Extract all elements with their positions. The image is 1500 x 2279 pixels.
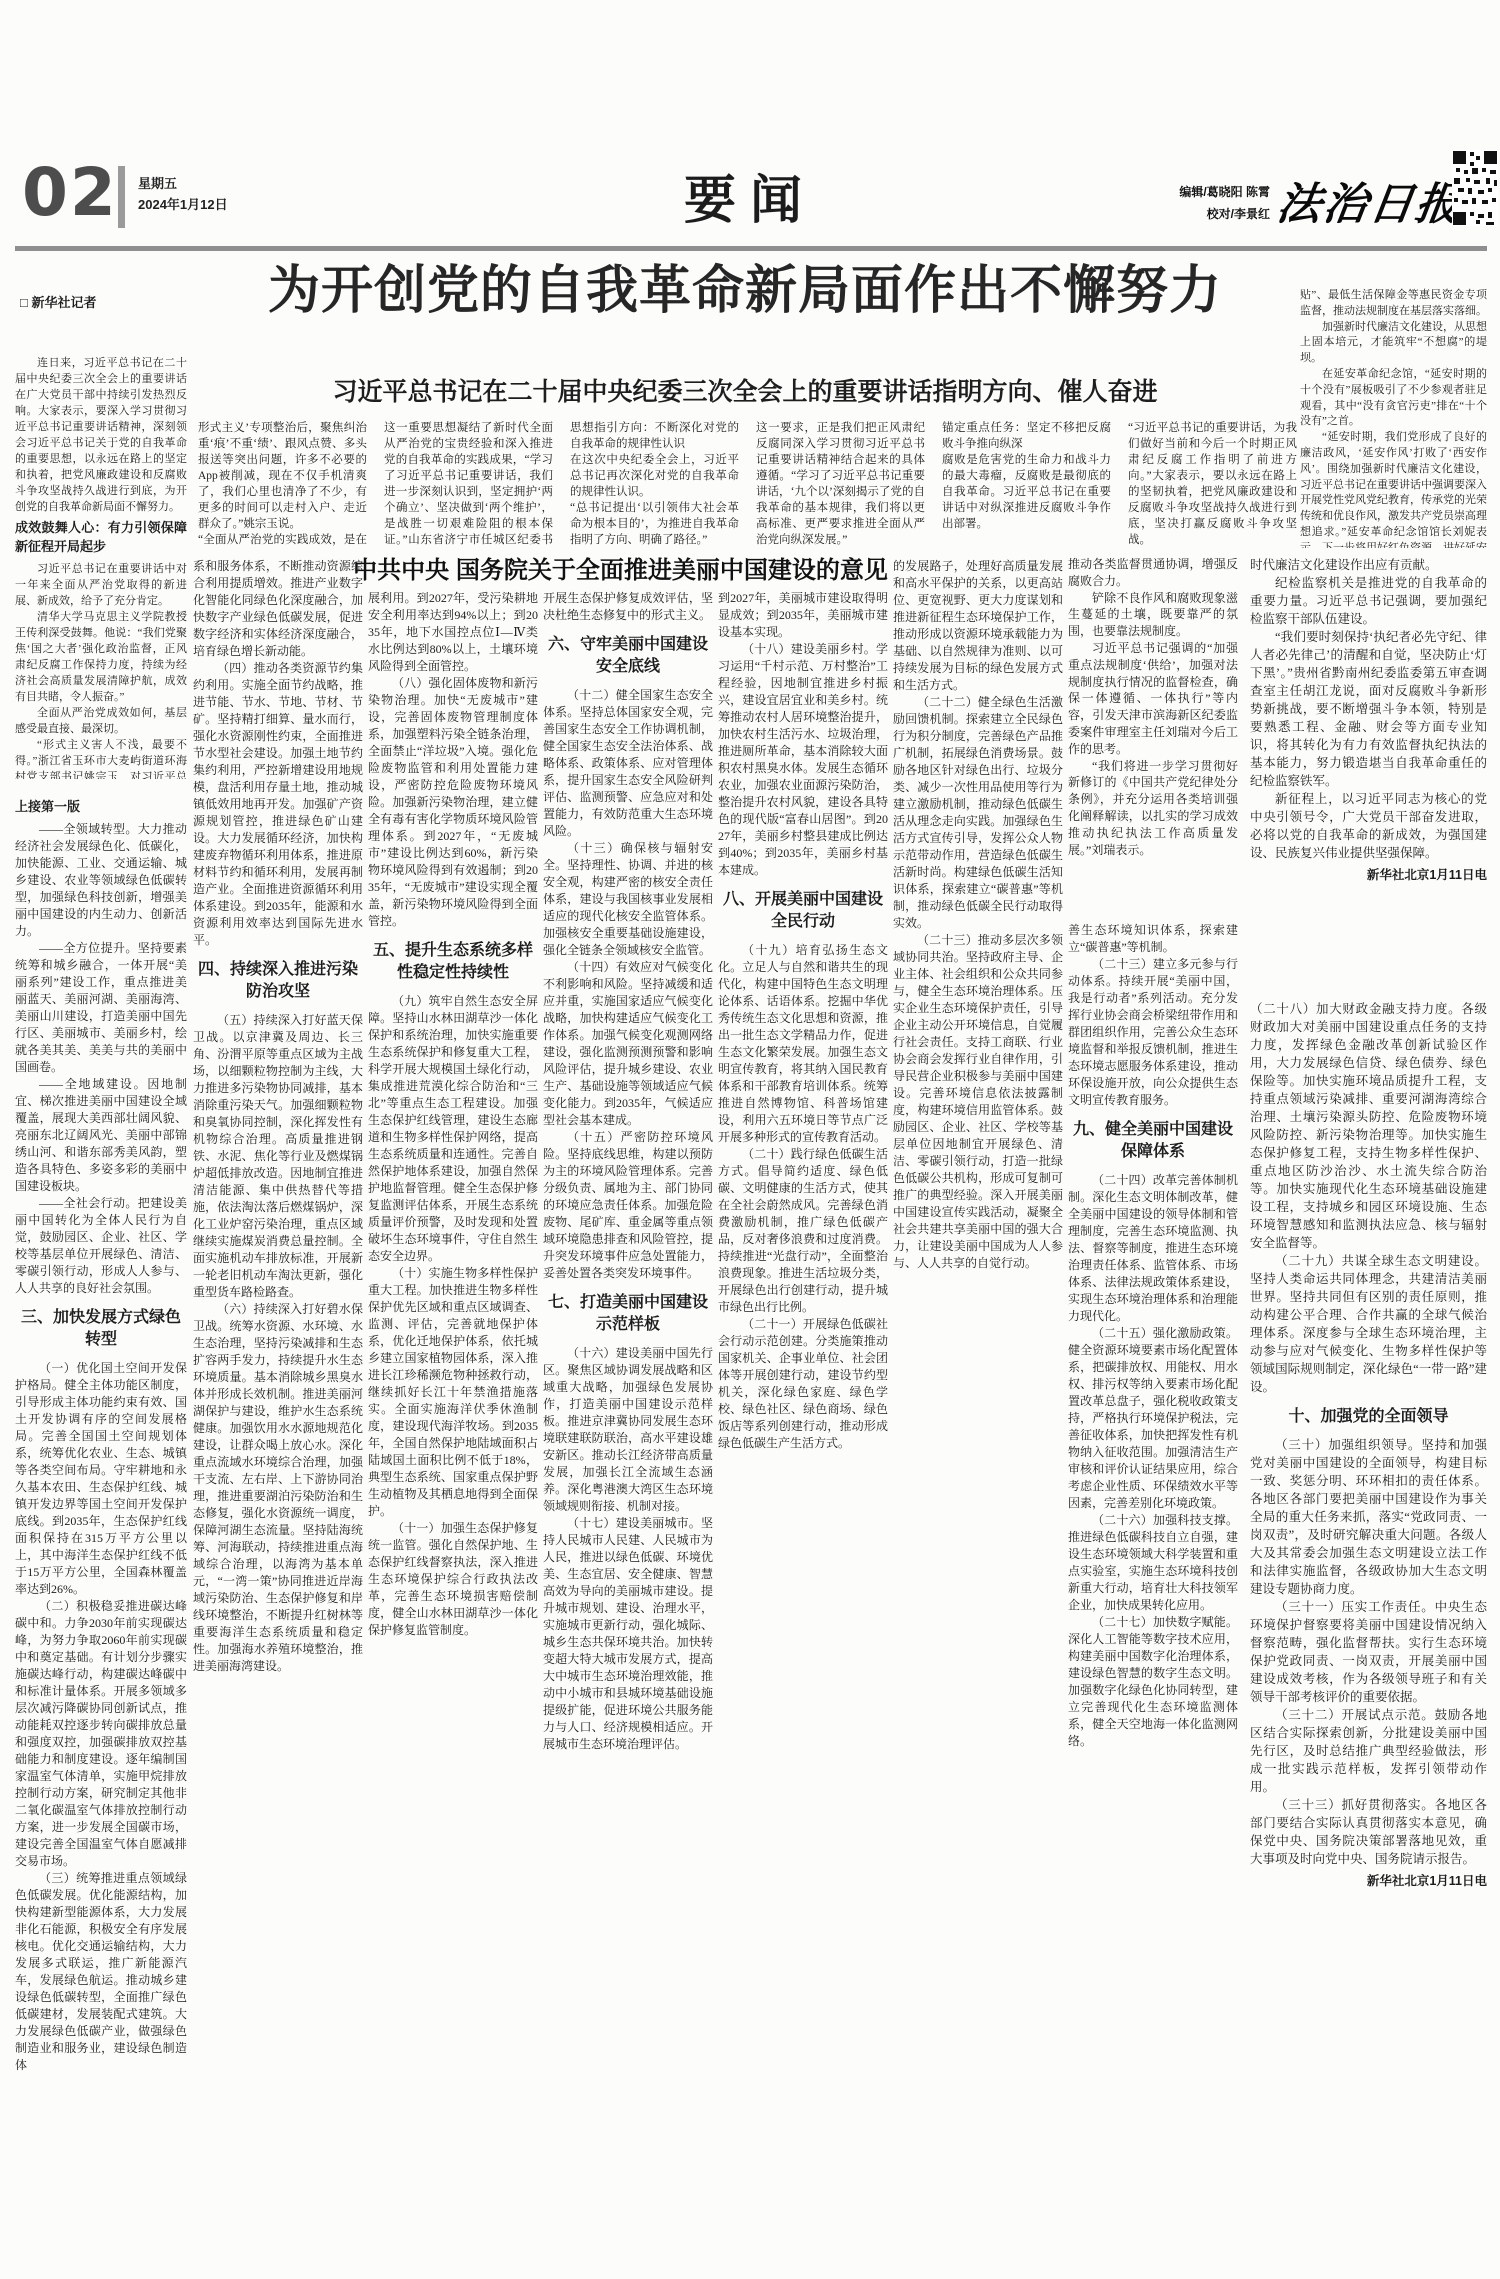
paragraph: 善生态环境知识体系，探索建立“碳普惠”等机制。	[1068, 922, 1238, 956]
paragraph: （四）推动各类资源节约集约利用。实施全面节约战略，推进节能、节水、节地、节材、节…	[193, 660, 363, 949]
paragraph: 纪检监察机关是推进党的自我革命的重要力量。习近平总书记强调，要加强纪检监察干部队…	[1250, 574, 1487, 628]
editors-block: 编辑/葛晓阳 陈霄 校对/李景红	[1120, 182, 1270, 225]
paragraph: 加强新时代廉洁文化建设，从思想上固本培元，才能筑牢“不想腐”的堤坝。	[1300, 320, 1487, 367]
paragraph: 新华社北京1月11日电	[1250, 1872, 1487, 1890]
paragraph: （十四）有效应对气候变化不利影响和风险。坚持减缓和适应并重，实施国家适应气候变化…	[543, 959, 713, 1129]
paragraph: （二十八）加大财政金融支持力度。各级财政加大对美丽中国建设重点任务的支持力度，发…	[1250, 1000, 1487, 1252]
masthead-logo: 法治日报	[1274, 168, 1458, 232]
newspaper-page: 02 星期五 2024年1月12日 要闻 编辑/葛晓阳 陈霄 校对/李景红 法治…	[0, 0, 1500, 2279]
paragraph: ——全方位提升。坚持要素统筹和城乡融合，一体开展“美丽系列”建设工作，重点推进美…	[15, 940, 187, 1076]
paragraph: 的发展路子，处理好高质量发展和高水平保护的关系，以更高站位、更宽视野、更大力度谋…	[893, 558, 1063, 694]
paragraph: 连日来，习近平总书记在二十届中央纪委三次全会上的重要讲话在广大党员干部中持续引发…	[15, 355, 187, 515]
paragraph: （八）强化固体废物和新污染物治理。加快“无废城市”建设，完善固体废物管理制度体系…	[368, 675, 538, 930]
paragraph: “我们要时刻保持‘执纪者必先守纪、律人者必先律己’的清醒和自觉，坚决防止‘灯下黑…	[1250, 628, 1487, 790]
paragraph: （十九）培育弘扬生态文化。立足人与自然和谐共生的现代化，构建中国特色生态文明理论…	[718, 942, 888, 1146]
article1-column-right-continuation-1: 推动各类监督贯通协调，增强反腐败合力。铲除不良作风和腐败现象滋生蔓延的土壤，既要…	[1068, 556, 1238, 912]
article1-mid-col-4: 这一要求，正是我们把正风肃纪反腐同深入学习贯彻习近平总书记重要讲话精神结合起来的…	[756, 420, 925, 548]
paragraph: 系和服务体系，不断推动资源综合利用提质增效。推进产业数字化智能化同绿色化深度融合…	[193, 558, 363, 660]
paragraph: （十五）严密防控环境风险。坚持底线思维，构建以预防为主的环境风险管理体系。完善分…	[543, 1129, 713, 1282]
date: 2024年1月12日	[138, 195, 228, 216]
paragraph: （十七）建设美丽城市。坚持人民城市人民建、人民城市为人民，推进以绿色低碳、环境优…	[543, 1515, 713, 1753]
paragraph: （二十六）加强科技支撑。推进绿色低碳科技自立自强，建设生态环境领域大科学装置和重…	[1068, 1512, 1238, 1614]
paragraph: （二十）践行绿色低碳生活方式。倡导简约适度、绿色低碳、文明健康的生活方式，使其在…	[718, 1146, 888, 1316]
byline: □ 新华社记者	[20, 292, 96, 311]
paragraph: 全面从严治党成效如何，基层感受最直接、最深切。	[15, 705, 187, 737]
paragraph: （三）统筹推进重点领域绿色低碳发展。优化能源结构，加快构建新型能源体系，大力发展…	[15, 1870, 187, 2074]
section-heading: 锚定重点任务：坚定不移把反腐败斗争推向纵深	[942, 420, 1111, 452]
paragraph: 推动各类监督贯通协调，增强反腐败合力。	[1068, 556, 1238, 590]
paragraph: （二十三）推动多层次多领域协同共治。坚持政府主导、企业主体、社会组织和公众共同参…	[893, 932, 1063, 1272]
paragraph: 在这次中央纪委全会上，习近平总书记再次深化对党的自我革命的规律性认识。	[570, 452, 739, 500]
paragraph: 新华社北京1月11日电	[1250, 866, 1487, 884]
paragraph: 这一要求，正是我们把正风肃纪反腐同深入学习贯彻习近平总书记重要讲话精神结合起来的…	[756, 420, 925, 548]
paragraph: （二十二）健全绿色生活激励回馈机制。探索建立全民绿色行为积分制度，完善绿色产品推…	[893, 694, 1063, 932]
paragraph: 贴”、最低生活保障金等惠民资金专项监督，推动法规制度在基层落实落细。	[1300, 288, 1487, 320]
paragraph: （五）持续深入打好蓝天保卫战。以京津冀及周边、长三角、汾渭平原等重点区域为主战场…	[193, 1012, 363, 1301]
paragraph: 习近平总书记强调的“加强重点法规制度‘供给’，加强对法规制度执行情况的监督检查，…	[1068, 640, 1238, 758]
paragraph: 腐败是危害党的生命力和战斗力的最大毒瘤，反腐败是最彻底的自我革命。习近平总书记在…	[942, 452, 1111, 532]
paragraph: “全面从严治党的实践成效，是在习近平总书记关于党的自我革命的重要思想指引下取得的…	[198, 532, 367, 548]
article2-column-5: 到2027年，美丽城市建设取得明显成效；到2035年，美丽城市建设基本实现。（十…	[718, 590, 888, 2258]
paragraph: 开展生态保护修复成效评估，坚决杜绝生态修复中的形式主义。	[543, 590, 713, 624]
paragraph: （二）积极稳妥推进碳达峰碳中和。力争2030年前实现碳达峰，为努力争取2060年…	[15, 1598, 187, 1870]
page-number-divider	[118, 166, 125, 228]
paragraph: （十二）健全国家生态安全体系。坚持总体国家安全观，完善国家生态安全工作协调机制，…	[543, 687, 713, 840]
paragraph: 到2027年，美丽城市建设取得明显成效；到2035年，美丽城市建设基本实现。	[718, 590, 888, 641]
paragraph: 在延安革命纪念馆，“延安时期的十个没有”展板吸引了不少参观者驻足观看，其中“没有…	[1300, 367, 1487, 430]
paragraph: 铲除不良作风和腐败现象滋生蔓延的土壤，既要靠严的氛围，也要靠法规制度。	[1068, 590, 1238, 640]
paragraph: “我们将进一步学习贯彻好新修订的《中国共产党纪律处分条例》，并充分运用各类培训强…	[1068, 758, 1238, 859]
page-number: 02	[22, 160, 118, 226]
paragraph: ——全地域建设。因地制宜、梯次推进美丽中国建设全域覆盖，展现大美西部壮阔风貌、亮…	[15, 1076, 187, 1195]
section-heading: 思想指引方向：不断深化对党的自我革命的规律性认识	[570, 420, 739, 452]
paragraph: （二十九）共谋全球生态文明建设。坚持人类命运共同体理念，共建清洁美丽世界。坚持共…	[1250, 1252, 1487, 1396]
paragraph: （九）筑牢自然生态安全屏障。坚持山水林田湖草沙一体化保护和系统治理，加快实施重要…	[368, 993, 538, 1265]
article2-column-3: 展利用。到2027年，受污染耕地安全利用率达到94%以上；到2035年，地下水国…	[368, 590, 538, 2258]
paragraph: （十六）建设美丽中国先行区。聚焦区域协调发展战略和区域重大战略，加强绿色发展协作…	[543, 1345, 713, 1515]
paragraph: （二十三）建立多元参与行动体系。持续开展“美丽中国，我是行动者”系列活动。充分发…	[1068, 956, 1238, 1109]
qr-code-icon	[1452, 150, 1498, 226]
header-rule	[15, 246, 1487, 251]
paragraph: （三十一）压实工作责任。中央生态环境保护督察要将美丽中国建设情况纳入督察范畴，强…	[1250, 1598, 1487, 1706]
paragraph: （三十三）抓好贯彻落实。各地区各部门要结合实际认真贯彻落实本意见，确保党中央、国…	[1250, 1796, 1487, 1868]
section-heading: 十、加强党的全面领导	[1250, 1406, 1487, 1428]
article2-column-7: 善生态环境知识体系，探索建立“碳普惠”等机制。（二十三）建立多元参与行动体系。持…	[1068, 922, 1238, 2258]
article1-mid-col-6: “习近平总书记的重要讲话，为我们做好当前和今后一个时期正风肃纪反腐工作指明了前进…	[1128, 420, 1297, 548]
paragraph: （一）优化国土空间开发保护格局。健全主体功能区制度，引导形成主体功能约束有效、国…	[15, 1360, 187, 1598]
article1-headline: 为开创党的自我革命新局面作出不懈努力	[225, 262, 1265, 322]
paragraph: 上接第一版	[15, 798, 187, 815]
paragraph: （十一）加强生态保护修复统一监管。强化自然保护地、生态保护红线督察执法，深入推进…	[368, 1520, 538, 1639]
article1-mid-col-3: 思想指引方向：不断深化对党的自我革命的规律性认识在这次中央纪委全会上，习近平总书…	[570, 420, 739, 548]
paragraph: “总书记提出‘以引领伟大社会革命为根本目的’，为推进自我革命指明了方向、明确了路…	[570, 500, 739, 548]
paragraph: （十八）建设美丽乡村。学习运用“千村示范、万村整治”工程经验，因地制宜推进乡村振…	[718, 641, 888, 879]
article2-column-2: 系和服务体系，不断推动资源综合利用提质增效。推进产业数字化智能化同绿色化深度融合…	[193, 558, 363, 2258]
paragraph: 习近平总书记在重要讲话中对一年来全面从严治党取得的新进展、新成效，给予了充分肯定…	[15, 561, 187, 609]
article1-mid-col-5: 锚定重点任务：坚定不移把反腐败斗争推向纵深腐败是危害党的生命力和战斗力的最大毒瘤…	[942, 420, 1111, 548]
section-heading: 六、守牢美丽中国建设安全底线	[543, 634, 713, 679]
article2-column-8: （二十八）加大财政金融支持力度。各级财政加大对美丽中国建设重点任务的支持力度，发…	[1250, 1000, 1487, 2258]
section-heading: 七、打造美丽中国建设示范样板	[543, 1292, 713, 1337]
paragraph: 新征程上，以习近平同志为核心的党中央引领号令，广大党员干部奋发进取，必将以党的自…	[1250, 790, 1487, 862]
paragraph: 这一重要思想凝结了新时代全面从严治党的宝贵经验和深入推进党的自我革命的实践成果，…	[384, 420, 553, 548]
section-title: 要闻	[620, 158, 880, 233]
proofreader-line: 校对/李景红	[1120, 204, 1270, 226]
article2-column-4: 开展生态保护修复成效评估，坚决杜绝生态修复中的形式主义。六、守牢美丽中国建设安全…	[543, 590, 713, 2258]
article1-column-left: 连日来，习近平总书记在二十届中央纪委三次全会上的重要讲话在广大党员干部中持续引发…	[15, 355, 187, 779]
article1-middle-columns: 形式主义’专项整治后，聚焦纠治重‘痕’不重‘绩’、跟风点赞、多头报送等突出问题，…	[198, 420, 1298, 548]
article1-column-right-continuation-2: 时代廉洁文化建设作出应有贡献。纪检监察机关是推进党的自我革命的重要力量。习近平总…	[1250, 556, 1487, 992]
section-heading: 五、提升生态系统多样性稳定性持续性	[368, 940, 538, 985]
paragraph: （二十一）开展绿色低碳社会行动示范创建。分类施策推动国家机关、企事业单位、社会团…	[718, 1316, 888, 1452]
section-heading: 成效鼓舞人心：有力引领保障新征程开局起步	[15, 519, 187, 557]
paragraph: ——全领域转型。大力推动经济社会发展绿色化、低碳化，加快能源、工业、交通运输、城…	[15, 821, 187, 940]
paragraph: （三十二）开展试点示范。鼓励各地区结合实际探索创新，分批建设美丽中国先行区，及时…	[1250, 1706, 1487, 1796]
section-heading: 四、持续深入推进污染防治攻坚	[193, 959, 363, 1004]
weekday: 星期五	[138, 174, 228, 195]
paragraph: （二十五）强化激励政策。健全资源环境要素市场化配置体系，把碳排放权、用能权、用水…	[1068, 1325, 1238, 1512]
paragraph: （二十四）改革完善体制机制。深化生态文明体制改革，健全美丽中国建设的领导体制和管…	[1068, 1172, 1238, 1325]
article2-column-6: 的发展路子，处理好高质量发展和高水平保护的关系，以更高站位、更宽视野、更大力度谋…	[893, 558, 1063, 2258]
paragraph: （十）实施生物多样性保护重大工程。加快推进生物多样性保护优先区域和重点区域调查、…	[368, 1265, 538, 1520]
paragraph: “形式主义害人不浅，最要不得。”浙江省玉环市大麦屿街道环海村党支部书记姚宗玉，对…	[15, 737, 187, 779]
paragraph: 展利用。到2027年，受污染耕地安全利用率达到94%以上；到2035年，地下水国…	[368, 590, 538, 675]
editor-line: 编辑/葛晓阳 陈霄	[1120, 182, 1270, 204]
paragraph: 形式主义’专项整治后，聚焦纠治重‘痕’不重‘绩’、跟风点赞、多头报送等突出问题，…	[198, 420, 367, 532]
paragraph: “习近平总书记的重要讲话，为我们做好当前和今后一个时期正风肃纪反腐工作指明了前进…	[1128, 420, 1297, 548]
paragraph: “延安时期，我们党形成了良好的廉洁政风，‘延安作风’打败了‘西安作风’。围绕加强…	[1300, 430, 1487, 548]
article1-mid-col-2: 这一重要思想凝结了新时代全面从严治党的宝贵经验和深入推进党的自我革命的实践成果，…	[384, 420, 553, 548]
date-block: 星期五 2024年1月12日	[138, 174, 228, 216]
paragraph: （十三）确保核与辐射安全。坚持理性、协调、并进的核安全观，构建严密的核安全责任体…	[543, 840, 713, 959]
section-heading: 八、开展美丽中国建设全民行动	[718, 889, 888, 934]
section-heading: 三、加快发展方式绿色转型	[15, 1307, 187, 1352]
paragraph: 时代廉洁文化建设作出应有贡献。	[1250, 556, 1487, 574]
article1-subtitle: 习近平总书记在二十届中央纪委三次全会上的重要讲话指明方向、催人奋进	[215, 372, 1275, 408]
article2-headline: 中共中央 国务院关于全面推进美丽中国建设的意见	[338, 550, 903, 585]
article2-column-1: 上接第一版——全领域转型。大力推动经济社会发展绿色化、低碳化，加快能源、工业、交…	[15, 798, 187, 2258]
paragraph: （六）持续深入打好碧水保卫战。统筹水资源、水环境、水生态治理，坚持污染减排和生态…	[193, 1301, 363, 1675]
article1-mid-col-1: 形式主义’专项整治后，聚焦纠治重‘痕’不重‘绩’、跟风点赞、多头报送等突出问题，…	[198, 420, 367, 548]
article1-column-right-top: 贴”、最低生活保障金等惠民资金专项监督，推动法规制度在基层落实落细。加强新时代廉…	[1300, 288, 1487, 548]
paragraph: ——全社会行动。把建设美丽中国转化为全体人民行为自觉，鼓励园区、企业、社区、学校…	[15, 1195, 187, 1297]
paragraph: （三十）加强组织领导。坚持和加强党对美丽中国建设的全面领导，构建目标一致、奖惩分…	[1250, 1436, 1487, 1598]
paragraph: （二十七）加快数字赋能。深化人工智能等数字技术应用，构建美丽中国数字化治理体系，…	[1068, 1614, 1238, 1750]
paragraph: 清华大学马克思主义学院教授王传利深受鼓舞。他说：“我们党聚焦‘国之大者’强化政治…	[15, 609, 187, 705]
section-heading: 九、健全美丽中国建设保障体系	[1068, 1119, 1238, 1164]
